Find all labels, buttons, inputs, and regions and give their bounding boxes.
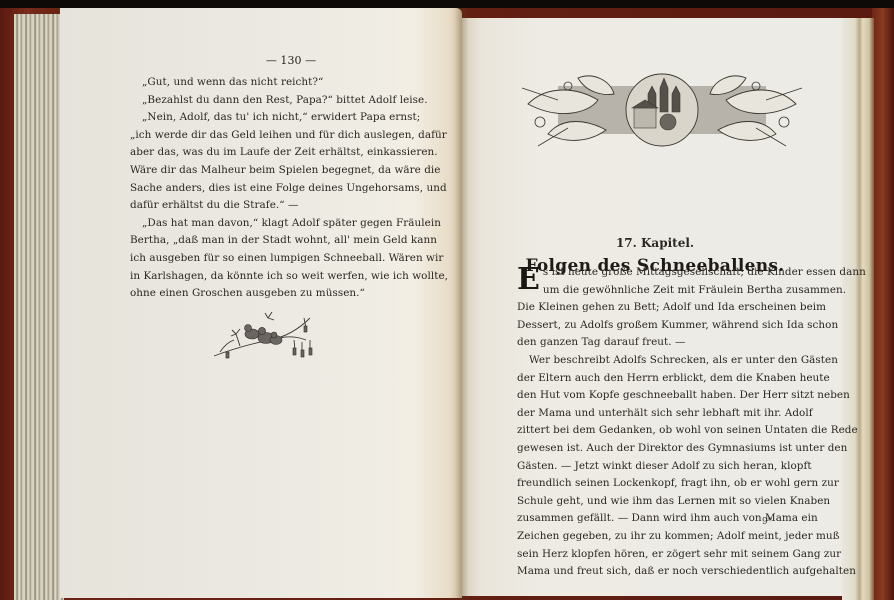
left-page-text: „Gut, und wenn das nicht reicht?“ „Bezah… [130, 74, 352, 303]
birds-on-branch-illustration [210, 306, 314, 364]
text-line: Wäre dir das Malheur beim Spielen begegn… [130, 162, 352, 180]
text-line: „Gut, und wenn das nicht reicht?“ [130, 74, 352, 92]
text-line: Schule geht, und wie ihm das Lernen mit … [517, 493, 793, 511]
text-line: zusammen gefällt. — Dann wird ihm auch v… [517, 510, 793, 528]
text-line: dafür erhältst du die Strafe.“ — [130, 197, 352, 215]
book-gutter [455, 8, 469, 600]
drop-cap: E [517, 265, 540, 295]
text-line: sein Herz klopfen hören, er zögert sehr … [517, 546, 793, 564]
right-page-text: E s ist heute große Mittagsgesellschaft;… [517, 264, 793, 581]
text-line: Mama und freut sich, daß er noch verschi… [517, 563, 793, 581]
text-line: freundlich seinen Lockenkopf, fragt ihn,… [517, 475, 793, 493]
text-line: Zeichen gegeben, zu ihr zu kommen; Adolf… [517, 528, 793, 546]
text-line: „Nein, Adolf, das tu' ich nicht,“ erwide… [130, 109, 352, 127]
text-line: den Hut vom Kopfe geschneeballt haben. D… [517, 387, 793, 405]
text-line: zittert bei dem Gedanken, ob wohl von se… [517, 422, 793, 440]
text-line: aber das, was du im Laufe der Zeit erhäl… [130, 144, 352, 162]
text-line: der Mama und unterhält sich sehr lebhaft… [517, 405, 793, 423]
text-line: ohne einen Groschen ausgeben zu müssen.“ [130, 285, 352, 303]
text-line: „ich werde dir das Geld leihen und für d… [130, 127, 352, 145]
text-line: Gästen. — Jetzt winkt dieser Adolf zu si… [517, 458, 793, 476]
text-line: „Bezahlst du dann den Rest, Papa?“ bitte… [130, 92, 352, 110]
page-edges-left [14, 14, 64, 600]
book-cover-right-edge [872, 8, 894, 600]
text-line: s ist heute große Mittagsgesellschaft; d… [517, 264, 793, 282]
text-line: um die gewöhnliche Zeit mit Fräulein Ber… [517, 282, 793, 300]
text-line: Dessert, zu Adolfs großem Kummer, währen… [517, 317, 793, 335]
text-line: Sache anders, dies ist eine Folge deines… [130, 180, 352, 198]
text-line: Wer beschreibt Adolfs Schrecken, als er … [517, 352, 793, 370]
page-number: — 130 — [241, 52, 341, 70]
page-edges-right [842, 18, 874, 600]
text-line: den ganzen Tag darauf freut. — [517, 334, 793, 352]
text-line: ich ausgeben für so einen lumpigen Schne… [130, 250, 352, 268]
text-line: gewesen ist. Auch der Direktor des Gymna… [517, 440, 793, 458]
text-line: Bertha, „daß man in der Stadt wohnt, all… [130, 232, 352, 250]
signature-mark: 9* [762, 517, 772, 527]
text-line: der Eltern auch den Herrn erblickt, dem … [517, 370, 793, 388]
text-line: Die Kleinen gehen zu Bett; Adolf und Ida… [517, 299, 793, 317]
chapter-label: 17. Kapitel. [517, 236, 793, 250]
floral-headpiece-with-town-roundel [518, 64, 806, 156]
text-line: „Das hat man davon,“ klagt Adolf später … [130, 215, 352, 233]
text-line: in Karlshagen, da könnte ich so weit wer… [130, 268, 352, 286]
